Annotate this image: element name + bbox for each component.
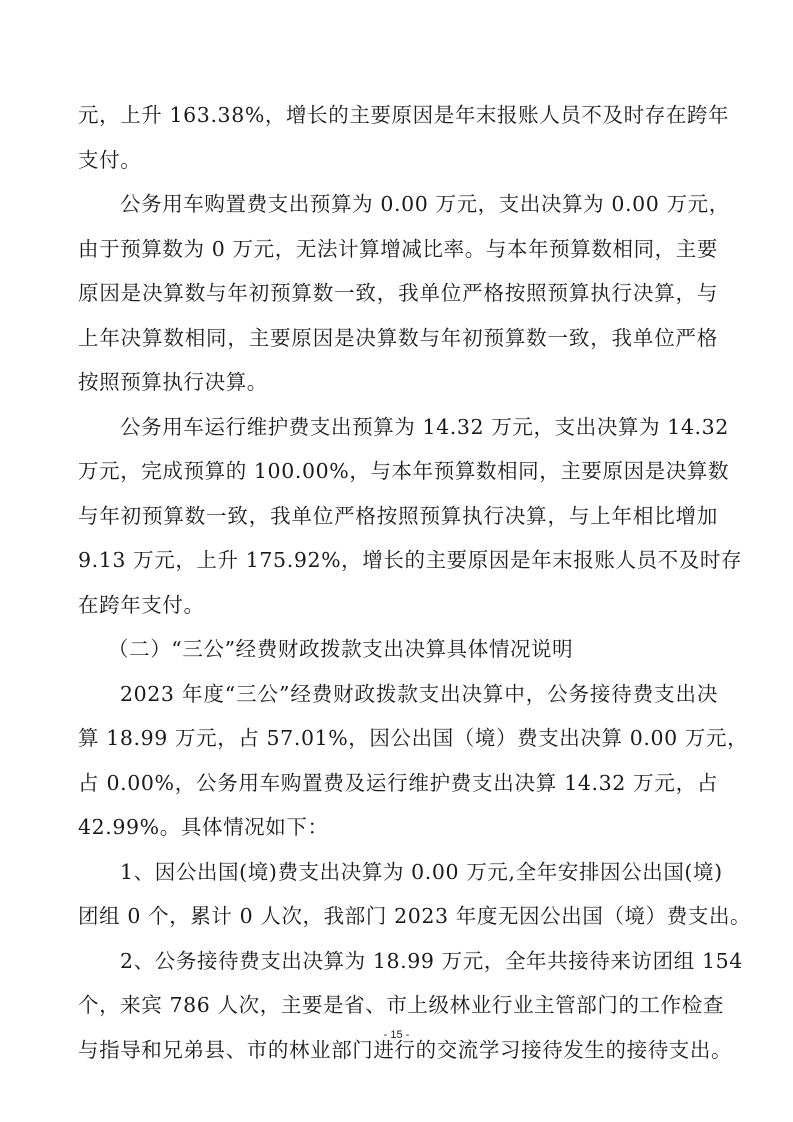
text-line: 个，来宾 786 人次，主要是省、市上级林业行业主管部门的工作检查: [78, 983, 718, 1028]
text-line: 团组 0 个，累计 0 人次，我部门 2023 年度无因公出国（境）费支出。: [78, 894, 718, 939]
page-number: - 15 -: [0, 1029, 793, 1041]
text-line: 在跨年支付。: [78, 583, 718, 628]
text-line: 万元，完成预算的 100.00%，与本年预算数相同，主要原因是决算数: [78, 449, 718, 494]
list-item-1: 1、因公出国(境)费支出决算为 0.00 万元,全年安排因公出国(境): [78, 850, 718, 895]
text-line: 支付。: [78, 138, 718, 183]
text-line: 9.13 万元，上升 175.92%，增长的主要原因是年末报账人员不及时存: [78, 538, 718, 583]
list-item-2: 2、公务接待费支出决算为 18.99 万元，全年共接待来访团组 154: [78, 939, 718, 984]
text-line: 算 18.99 万元，占 57.01%，因公出国（境）费支出决算 0.00 万元…: [78, 716, 718, 761]
text-line: 42.99%。具体情况如下：: [78, 805, 718, 850]
text-line: 占 0.00%，公务用车购置费及运行维护费支出决算 14.32 万元，占: [78, 761, 718, 806]
text-line: 与年初预算数一致，我单位严格按照预算执行决算，与上年相比增加: [78, 494, 718, 539]
document-body: 元，上升 163.38%，增长的主要原因是年末报账人员不及时存在跨年 支付。 公…: [78, 93, 718, 1072]
text-line: 原因是决算数与年初预算数一致，我单位严格按照预算执行决算，与: [78, 271, 718, 316]
text-line: 按照预算执行决算。: [78, 360, 718, 405]
document-page: 元，上升 163.38%，增长的主要原因是年末报账人员不及时存在跨年 支付。 公…: [0, 0, 793, 1122]
text-line: 元，上升 163.38%，增长的主要原因是年末报账人员不及时存在跨年: [78, 93, 718, 138]
section-heading: （二）“三公”经费财政拨款支出决算具体情况说明: [78, 627, 718, 672]
text-line: 由于预算数为 0 万元，无法计算增减比率。与本年预算数相同，主要: [78, 227, 718, 272]
paragraph-start-line: 公务用车购置费支出预算为 0.00 万元，支出决算为 0.00 万元，: [78, 182, 718, 227]
paragraph-start-line: 2023 年度“三公”经费财政拨款支出决算中，公务接待费支出决: [78, 672, 718, 717]
paragraph-start-line: 公务用车运行维护费支出预算为 14.32 万元，支出决算为 14.32: [78, 405, 718, 450]
text-line: 上年决算数相同，主要原因是决算数与年初预算数一致，我单位严格: [78, 316, 718, 361]
